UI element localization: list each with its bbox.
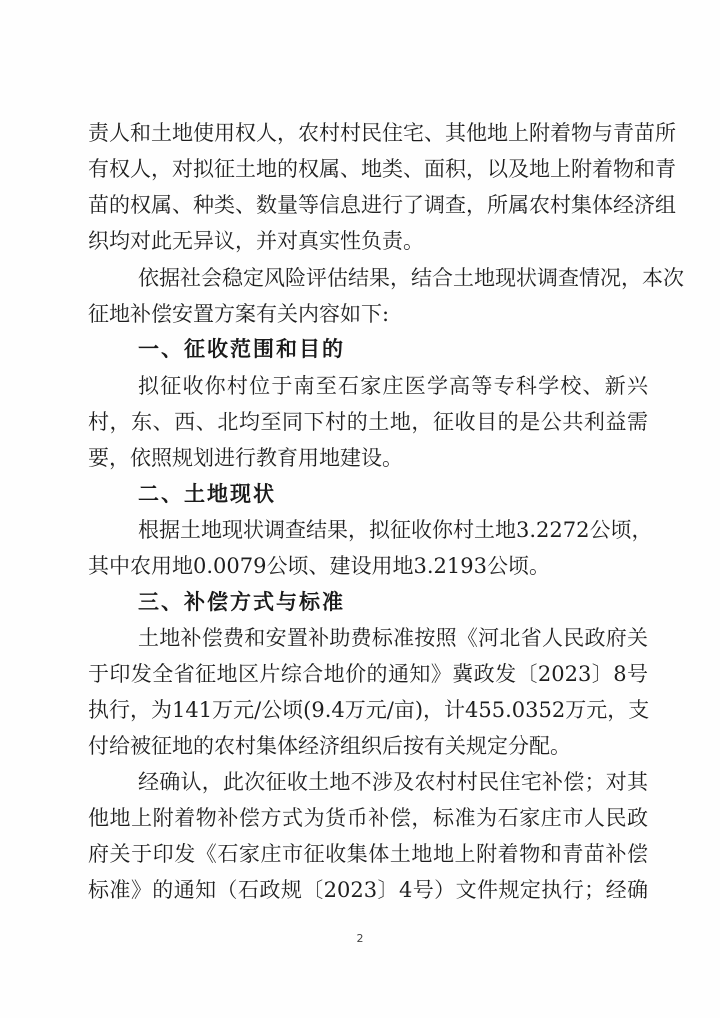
paragraph-line: 苗的权属、种类、数量等信息进行了调查，所属农村集体经济组 <box>88 190 648 220</box>
paragraph-line: 织均对此无异议，并对真实性负责。 <box>88 226 648 256</box>
paragraph-line: 他地上附着物补偿方式为货币补偿，标准为石家庄市人民政 <box>88 803 648 833</box>
paragraph-line: 拟征收你村位于南至石家庄医学高等专科学校、新兴 <box>138 371 648 401</box>
paragraph-line: 村，东、西、北均至同下村的土地，征收目的是公共利益需 <box>88 407 648 437</box>
paragraph-line: 于印发全省征地区片综合地价的通知》冀政发〔2023〕8号 <box>88 659 648 689</box>
paragraph-line: 征地补偿安置方案有关内容如下: <box>88 299 648 329</box>
paragraph-line: 土地补偿费和安置补助费标准按照《河北省人民政府关 <box>138 623 648 653</box>
paragraph-line: 标准》的通知（石政规〔2023〕4号）文件规定执行；经确 <box>88 875 648 905</box>
section-heading-scope-purpose: 一、征收范围和目的 <box>138 334 345 364</box>
paragraph-line: 付给被征地的农村集体经济组织后按有关规定分配。 <box>88 731 648 761</box>
paragraph-line: 责人和土地使用权人，农村村民住宅、其他地上附着物与青苗所 <box>88 118 648 148</box>
paragraph-line: 依据社会稳定风险评估结果，结合土地现状调查情况，本次 <box>138 263 648 293</box>
page-number: 2 <box>0 932 720 945</box>
paragraph-line: 府关于印发《石家庄市征收集体土地地上附着物和青苗补偿 <box>88 839 648 869</box>
document-page: 责人和土地使用权人，农村村民住宅、其他地上附着物与青苗所 有权人，对拟征土地的权… <box>0 0 720 1018</box>
paragraph-line: 其中农用地0.0079公顷、建设用地3.2193公顷。 <box>88 551 648 581</box>
paragraph-line: 根据土地现状调查结果，拟征收你村土地3.2272公顷， <box>138 515 648 545</box>
paragraph-line: 要，依照规划进行教育用地建设。 <box>88 443 648 473</box>
section-heading-compensation: 三、补偿方式与标准 <box>138 587 345 617</box>
section-heading-land-status: 二、土地现状 <box>138 479 276 509</box>
paragraph-line: 执行，为141万元/公顷(9.4万元/亩)，计455.0352万元，支 <box>88 695 648 725</box>
paragraph-line: 有权人，对拟征土地的权属、地类、面积，以及地上附着物和青 <box>88 154 648 184</box>
paragraph-line: 经确认，此次征收土地不涉及农村村民住宅补偿；对其 <box>138 767 648 797</box>
